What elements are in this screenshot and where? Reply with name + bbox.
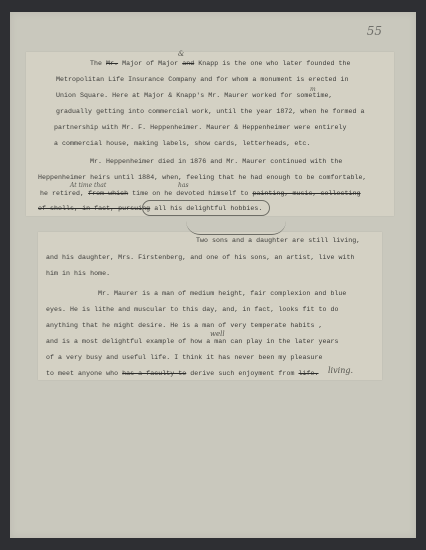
typed-slip-1: The Mr. Major of Major and Knapp is the …	[26, 52, 394, 216]
text-line: Two sons and a daughter are still living…	[196, 237, 360, 244]
handwritten-correction: well	[210, 330, 225, 338]
pencil-loop-mark	[142, 200, 270, 216]
typed-slip-2: Two sons and a daughter are still living…	[38, 232, 382, 380]
handwritten-correction: living.	[328, 366, 353, 375]
document-page: 55 The Mr. Major of Major and Knapp is t…	[10, 12, 416, 538]
text-line: partnership with Mr. F. Heppenheimer. Ma…	[54, 124, 347, 131]
page-number: 55	[367, 24, 382, 38]
text-line: Union Square. Here at Major & Knapp's Mr…	[56, 92, 332, 99]
text-line: to meet anyone who has a faculty to deri…	[46, 370, 319, 377]
handwritten-correction: At time that	[70, 182, 106, 189]
text-line: anything that he might desire. He is a m…	[46, 322, 322, 329]
text-line: him in his home.	[46, 270, 110, 277]
text-line: and his daughter, Mrs. Firstenberg, and …	[46, 254, 355, 261]
text-line: Heppenheimer heirs until 1884, when, fee…	[38, 174, 367, 181]
text-line: Mr. Maurer is a man of medium height, fa…	[98, 290, 346, 297]
text-line: Metropolitan Life Insurance Company and …	[56, 76, 349, 83]
handwritten-ampersand: &	[178, 50, 184, 58]
text-line: gradually getting into commercial work, …	[56, 108, 365, 115]
text-line: The Mr. Major of Major and Knapp is the …	[90, 60, 351, 67]
text-line: and is a most delightful example of how …	[46, 338, 339, 345]
text-line: eyes. He is lithe and muscular to this d…	[46, 306, 339, 313]
handwritten-correction: m	[310, 86, 316, 93]
text-line: he retired, from which time on he devote…	[40, 190, 361, 197]
text-line: of a very busy and useful life. I think …	[46, 354, 322, 361]
handwritten-correction: has	[178, 182, 189, 189]
text-line: a commercial house, making labels, show …	[54, 140, 310, 147]
text-line: Mr. Heppenheimer died in 1876 and Mr. Ma…	[90, 158, 342, 165]
pencil-loop-mark	[186, 220, 286, 235]
